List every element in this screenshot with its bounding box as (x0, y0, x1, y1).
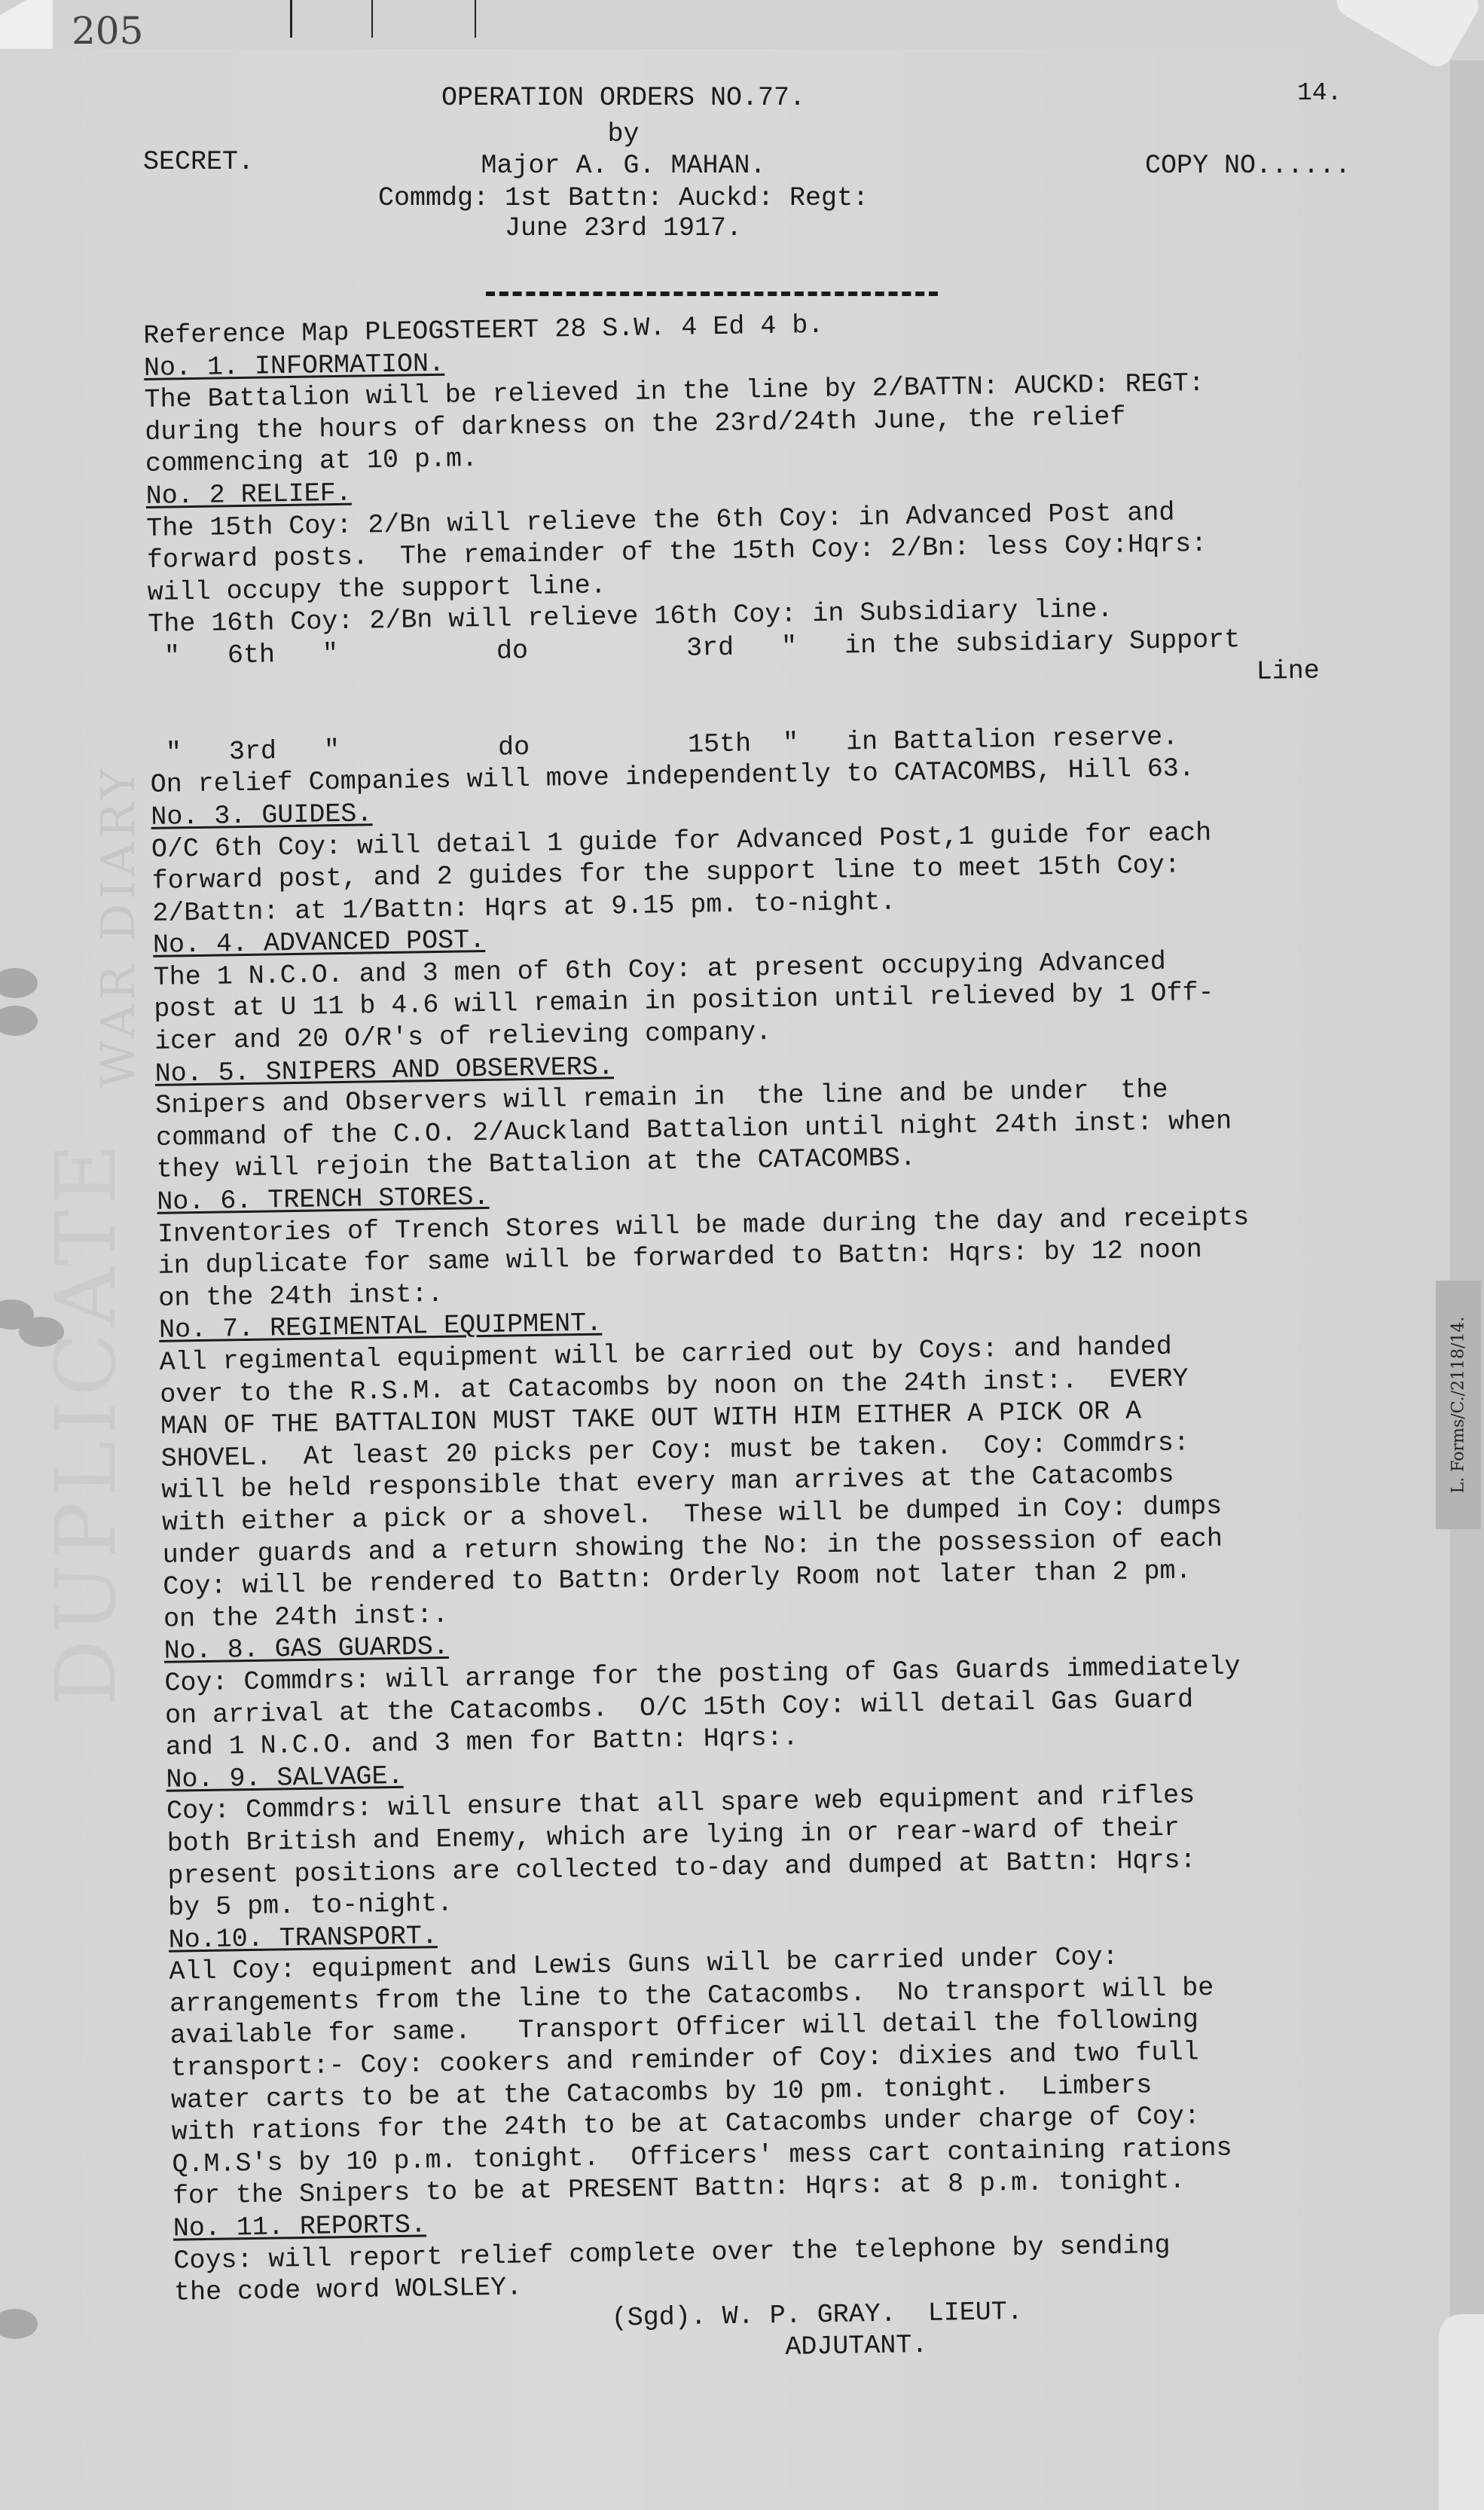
section-regimental-equipment: No. 7. REGIMENTAL EQUIPMENT. All regimen… (159, 1294, 1459, 1635)
section-transport: No.10. TRANSPORT. All Coy: equipment and… (168, 1904, 1468, 2212)
form-code: L. Forms/C./2118/14. (1449, 1317, 1468, 1494)
header-divider (486, 292, 938, 296)
document-page: WAR DIARY DUPLICATE 14. SECRET. COPY NO.… (0, 49, 1450, 2510)
by-line: by (0, 119, 1348, 149)
author-name: Major A. G. MAHAN. (0, 151, 1348, 181)
back-sheet-number: 205 (72, 9, 143, 53)
war-diary-stamp: WAR DIARY (90, 765, 145, 1089)
duplicate-stamp: DUPLICATE (38, 1137, 134, 1706)
section-snipers-observers: No. 5. SNIPERS AND OBSERVERS. Snipers an… (154, 1038, 1452, 1186)
section-gas-guards: No. 8. GAS GUARDS. Coy: Commdrs: will ar… (163, 1615, 1461, 1763)
section-guides: No. 3. GUIDES. O/C 6th Coy: will detail … (151, 781, 1448, 930)
section-advanced-post: No. 4. ADVANCED POST. The 1 N.C.O. and 3… (153, 909, 1450, 1058)
ruled-tick (371, 0, 373, 38)
punch-hole (0, 2309, 38, 2339)
section-relief: No. 2 RELIEF. The 15th Coy: 2/Bn will re… (145, 460, 1446, 802)
section-information: No. 1. INFORMATION. The Battalion will b… (144, 332, 1441, 481)
side-form-label: L. Forms/C./2118/14. (1436, 1281, 1481, 1529)
punch-hole (0, 1006, 38, 1036)
ruled-tick (290, 0, 292, 38)
document-date: June 23rd 1917. (0, 213, 1348, 243)
ruled-tick (475, 0, 476, 38)
punch-hole (0, 968, 38, 998)
section-trench-stores: No. 6. TRENCH STORES. Inventories of Tre… (157, 1166, 1454, 1315)
document-title: OPERATION ORDERS NO.77. (0, 83, 1348, 113)
author-command: Commdg: 1st Battn: Auckd: Regt: (0, 183, 1348, 213)
binding-tape (1439, 2314, 1484, 2510)
section-salvage: No. 9. SALVAGE. Coy: Commdrs: will ensur… (166, 1743, 1464, 1924)
orders-body: Reference Map PLEOGSTEERT 28 S.W. 4 Ed 4… (143, 300, 1471, 2374)
